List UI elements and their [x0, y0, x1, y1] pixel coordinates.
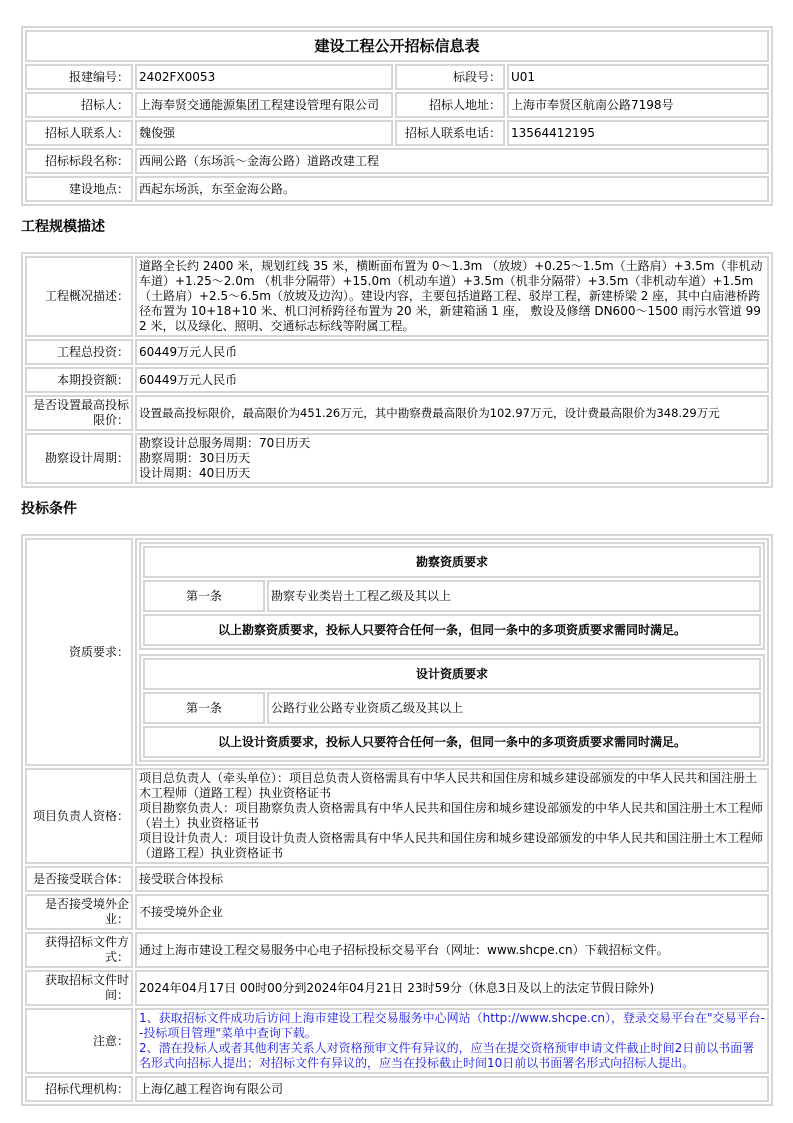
max-price-value: 设置最高投标限价，最高限价为451.26万元，其中勘察费最高限价为102.97万…	[135, 395, 769, 431]
foreign-label: 是否接受境外企业：	[25, 894, 133, 930]
phase-investment-label: 本期投资额：	[25, 367, 133, 393]
design-item-value: 公路行业公路专业资质乙级及其以上	[267, 692, 761, 724]
basic-info-table: 建设工程公开招标信息表 报建编号： 2402FX0053 标段号： U01 招标…	[21, 26, 773, 206]
period-line: 勘察周期：30日历天	[139, 451, 765, 466]
manager-value: 项目总负责人（牵头单位）：项目总负责人资格需具有中华人民共和国住房和城乡建设部颁…	[135, 768, 769, 864]
tenderer-address-label: 招标人地址：	[395, 92, 505, 118]
survey-qualification-header: 勘察资质要求	[143, 546, 761, 578]
conditions-table: 资质要求： 勘察资质要求 第一条 勘察专业类岩土工程乙级及其以上 以上勘察资质要…	[21, 534, 773, 1106]
obtain-time-value: 2024年04月17日 00时00分到2024年04月21日 23时59分（休息…	[135, 970, 769, 1006]
survey-item-label: 第一条	[143, 580, 265, 612]
consortium-label: 是否接受联合体：	[25, 866, 133, 892]
period-line: 勘察设计总服务周期：70日历天	[139, 436, 765, 451]
overview-label: 工程概况描述：	[25, 256, 133, 337]
tenderer-label: 招标人：	[25, 92, 133, 118]
location-value: 西起东场浜，东至金海公路。	[135, 176, 769, 202]
agency-label: 招标代理机构：	[25, 1076, 133, 1102]
manager-line: 项目总负责人（牵头单位）：项目总负责人资格需具有中华人民共和国住房和城乡建设部颁…	[139, 771, 765, 801]
notice-value: 1、获取招标文件成功后访问上海市建设工程交易服务中心网站（http://www.…	[135, 1008, 769, 1074]
qualification-label: 资质要求：	[25, 538, 133, 766]
notice-line: 2、潜在投标人或者其他利害关系人对资格预审文件有异议的，应当在提交资格预审申请文…	[139, 1041, 765, 1071]
obtain-time-label: 获取招标文件时间：	[25, 970, 133, 1006]
phone-label: 招标人联系电话：	[395, 120, 505, 146]
period-line: 设计周期：40日历天	[139, 466, 765, 481]
phase-investment-value: 60449万元人民币	[135, 367, 769, 393]
manager-line: 项目勘察负责人：项目勘察负责人资格需具有中华人民共和国住房和城乡建设部颁发的中华…	[139, 801, 765, 831]
phone-value: 13564412195	[507, 120, 769, 146]
contact-value: 魏俊强	[135, 120, 393, 146]
survey-qualification-note: 以上勘察资质要求，投标人只要符合任何一条，但同一条中的多项资质要求需同时满足。	[143, 614, 761, 646]
page-title: 建设工程公开招标信息表	[25, 30, 769, 62]
period-label: 勘察设计周期：	[25, 433, 133, 484]
agency-value: 上海亿越工程咨询有限公司	[135, 1076, 769, 1102]
report-no-label: 报建编号：	[25, 64, 133, 90]
survey-qualification-table: 勘察资质要求 第一条 勘察专业类岩土工程乙级及其以上 以上勘察资质要求，投标人只…	[139, 542, 765, 650]
notice-line: 1、获取招标文件成功后访问上海市建设工程交易服务中心网站（http://www.…	[139, 1011, 765, 1041]
design-qualification-note: 以上设计资质要求，投标人只要符合任何一条，但同一条中的多项资质要求需同时满足。	[143, 726, 761, 758]
overview-value: 道路全长约 2400 米，规划红线 35 米，横断面布置为 0～1.3m （放坡…	[135, 256, 769, 337]
report-no-value: 2402FX0053	[135, 64, 393, 90]
period-value: 勘察设计总服务周期：70日历天 勘察周期：30日历天 设计周期：40日历天	[135, 433, 769, 484]
page: 建设工程公开招标信息表 报建编号： 2402FX0053 标段号： U01 招标…	[21, 26, 773, 1106]
manager-label: 项目负责人资格：	[25, 768, 133, 864]
scale-table: 工程概况描述： 道路全长约 2400 米，规划红线 35 米，横断面布置为 0～…	[21, 252, 773, 488]
obtain-method-value: 通过上海市建设工程交易服务中心电子招标投标交易平台（网址：www.shcpe.c…	[135, 932, 769, 968]
section-no-value: U01	[507, 64, 769, 90]
design-qualification-table: 设计资质要求 第一条 公路行业公路专业资质乙级及其以上 以上设计资质要求，投标人…	[139, 654, 765, 762]
tenderer-value: 上海奉贤交通能源集团工程建设管理有限公司	[135, 92, 393, 118]
contact-label: 招标人联系人：	[25, 120, 133, 146]
location-label: 建设地点：	[25, 176, 133, 202]
survey-item-value: 勘察专业类岩土工程乙级及其以上	[267, 580, 761, 612]
notice-label: 注意：	[25, 1008, 133, 1074]
total-investment-value: 60449万元人民币	[135, 339, 769, 365]
tenderer-address-value: 上海市奉贤区航南公路7198号	[507, 92, 769, 118]
section-no-label: 标段号：	[395, 64, 505, 90]
scale-heading: 工程规模描述	[21, 218, 773, 236]
max-price-label: 是否设置最高投标限价：	[25, 395, 133, 431]
consortium-value: 接受联合体投标	[135, 866, 769, 892]
qualification-value: 勘察资质要求 第一条 勘察专业类岩土工程乙级及其以上 以上勘察资质要求，投标人只…	[135, 538, 769, 766]
design-qualification-header: 设计资质要求	[143, 658, 761, 690]
obtain-method-label: 获得招标文件方式：	[25, 932, 133, 968]
conditions-heading: 投标条件	[21, 500, 773, 518]
manager-line: 项目设计负责人：项目设计负责人资格需具有中华人民共和国住房和城乡建设部颁发的中华…	[139, 831, 765, 861]
section-name-value: 西闸公路（东场浜～金海公路）道路改建工程	[135, 148, 769, 174]
foreign-value: 不接受境外企业	[135, 894, 769, 930]
design-item-label: 第一条	[143, 692, 265, 724]
total-investment-label: 工程总投资：	[25, 339, 133, 365]
section-name-label: 招标标段名称：	[25, 148, 133, 174]
